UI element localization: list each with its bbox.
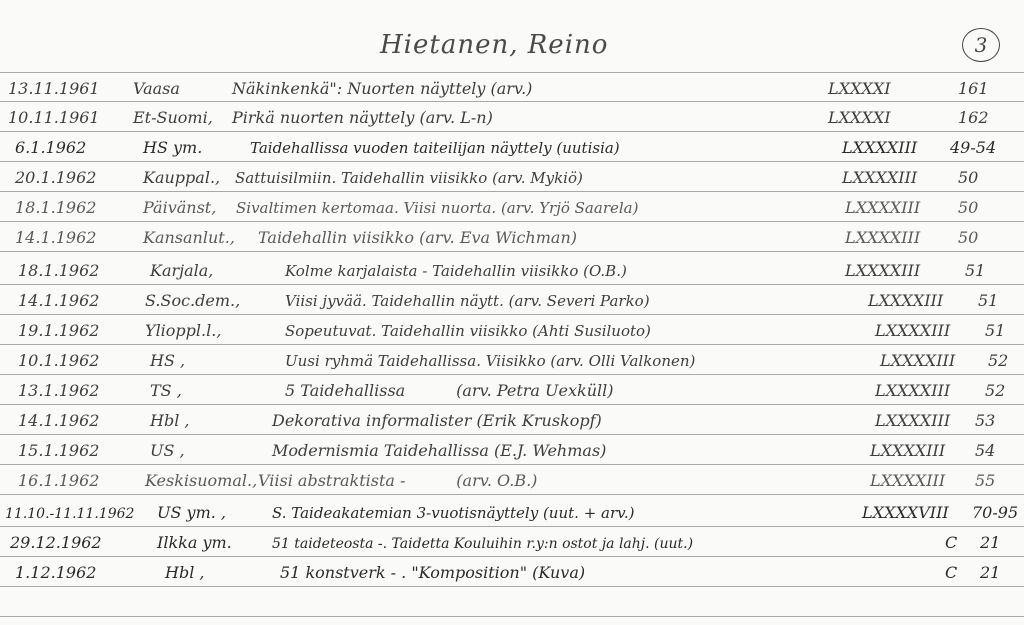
entry-row: 6.1.1962 HS ym. Taidehallissa vuoden tai… — [0, 131, 1024, 161]
entry-description: Sopeutuvat. Taidehallin viisikko (Ahti S… — [285, 322, 651, 340]
entry-date: 14.1.1962 — [18, 411, 99, 430]
entry-date: 18.1.1962 — [15, 198, 96, 217]
entry-volume: LXXXXIII — [870, 471, 945, 490]
entry-source: S.Soc.dem., — [145, 291, 240, 310]
entry-source: US , — [150, 441, 185, 460]
entry-page: 49-54 — [950, 138, 996, 157]
entry-source: HS ym. — [143, 138, 202, 157]
entry-volume: LXXXXIII — [880, 351, 955, 370]
entry-page: 51 — [965, 261, 985, 280]
entry-description: 5 Taidehallissa (arv. Petra Uexküll) — [285, 381, 614, 400]
entry-volume: C — [945, 563, 957, 582]
entry-row: 19.1.1962 Ylioppl.l., Sopeutuvat. Taideh… — [0, 314, 1024, 344]
entry-volume: LXXXXIII — [875, 381, 950, 400]
entry-source: Vaasa — [133, 79, 180, 98]
entry-date: 29.12.1962 — [10, 533, 102, 552]
entry-row: 20.1.1962 Kauppal., Sattuisilmiin. Taide… — [0, 161, 1024, 191]
entry-page: 51 — [978, 291, 998, 310]
entry-date: 15.1.1962 — [18, 441, 99, 460]
entry-page: 54 — [975, 441, 995, 460]
entry-page: 70-95 — [972, 503, 1018, 522]
entry-source: Kauppal., — [143, 168, 220, 187]
entry-row: 13.11.1961 Vaasa Näkinkenkä": Nuorten nä… — [0, 72, 1024, 102]
entry-source: Keskisuomal., — [145, 471, 257, 490]
entry-row: 14.1.1962 S.Soc.dem., Viisi jyvää. Taide… — [0, 284, 1024, 314]
entry-description: Taidehallissa vuoden taiteilijan näyttel… — [250, 139, 620, 157]
entry-description: Taidehallin viisikko (arv. Eva Wichman) — [258, 228, 577, 247]
entry-date: 13.11.1961 — [8, 79, 100, 98]
entry-volume: LXXXXIII — [870, 441, 945, 460]
entry-row: 14.1.1962 Kansanlut., Taidehallin viisik… — [0, 221, 1024, 251]
entry-description: Kolme karjalaista - Taidehallin viisikko… — [285, 262, 627, 280]
entry-date: 16.1.1962 — [18, 471, 99, 490]
entry-page: 52 — [988, 351, 1008, 370]
entry-volume: LXXXXIII — [842, 138, 917, 157]
entry-date: 13.1.1962 — [18, 381, 99, 400]
entry-description: Sattuisilmiin. Taidehallin viisikko (arv… — [235, 169, 583, 187]
entry-description: S. Taideakatemian 3-vuotisnäyttely (uut.… — [272, 504, 634, 522]
entry-description: 51 konstverk - . "Komposition" (Kuva) — [280, 563, 585, 582]
entry-description: Uusi ryhmä Taidehallissa. Viisikko (arv.… — [285, 352, 695, 370]
entry-description: Modernismia Taidehallissa (E.J. Wehmas) — [272, 441, 606, 460]
entry-source: Et-Suomi, — [133, 108, 213, 127]
entry-date: 20.1.1962 — [15, 168, 96, 187]
entry-volume: LXXXXIII — [845, 261, 920, 280]
entry-source: HS , — [150, 351, 185, 370]
entry-source: Ilkka ym. — [157, 533, 232, 552]
entry-source: Kansanlut., — [143, 228, 235, 247]
entry-source: Päivänst, — [143, 198, 216, 217]
entry-row: 16.1.1962 Keskisuomal., Viisi abstraktis… — [0, 464, 1024, 494]
entry-volume: LXXXXIII — [875, 411, 950, 430]
entry-date: 10.11.1961 — [8, 108, 100, 127]
entry-row: 18.1.1962 Päivänst, Sivaltimen kertomaa.… — [0, 191, 1024, 221]
entry-volume: C — [945, 533, 957, 552]
entry-row: 13.1.1962 TS , 5 Taidehallissa (arv. Pet… — [0, 374, 1024, 404]
entry-description: Pirkä nuorten näyttely (arv. L-n) — [232, 108, 493, 127]
entry-date: 19.1.1962 — [18, 321, 99, 340]
entry-date: 11.10.-11.11.1962 — [5, 506, 134, 522]
entry-volume: LXXXXI — [828, 79, 891, 98]
card-title: Hietanen, Reino — [380, 30, 608, 60]
entry-source: Hbl , — [150, 411, 189, 430]
entry-volume: LXXXXIII — [868, 291, 943, 310]
entry-row: 15.1.1962 US , Modernismia Taidehallissa… — [0, 434, 1024, 464]
entry-description: Viisi abstraktista - (arv. O.B.) — [258, 471, 537, 490]
ruled-line — [0, 586, 1024, 587]
entry-source: Hbl , — [165, 563, 204, 582]
entry-page: 52 — [985, 381, 1005, 400]
entry-description: Näkinkenkä": Nuorten näyttely (arv.) — [232, 79, 532, 98]
entry-date: 18.1.1962 — [18, 261, 99, 280]
entry-description: Sivaltimen kertomaa. Viisi nuorta. (arv.… — [236, 199, 638, 217]
entry-source: US ym. , — [157, 503, 226, 522]
entry-volume: LXXXXIII — [845, 198, 920, 217]
entry-page: 50 — [958, 198, 978, 217]
entry-source: Ylioppl.l., — [145, 321, 221, 340]
entry-date: 14.1.1962 — [15, 228, 96, 247]
entry-description: Dekorativa informalister (Erik Kruskopf) — [272, 411, 602, 430]
entry-page: 53 — [975, 411, 995, 430]
entry-page: 50 — [958, 228, 978, 247]
entry-volume: LXXXXIII — [842, 168, 917, 187]
entry-row: 14.1.1962 Hbl , Dekorativa informalister… — [0, 404, 1024, 434]
entry-row: 18.1.1962 Karjala, Kolme karjalaista - T… — [0, 254, 1024, 284]
entry-page: 161 — [958, 79, 989, 98]
entry-volume: LXXXXVIII — [862, 503, 949, 522]
entry-volume: LXXXXIII — [845, 228, 920, 247]
entry-source: Karjala, — [150, 261, 213, 280]
entry-volume: LXXXXI — [828, 108, 891, 127]
entry-page: 162 — [958, 108, 989, 127]
entry-row: 1.12.1962 Hbl , 51 konstverk - . "Kompos… — [0, 556, 1024, 586]
ruled-line — [0, 251, 1024, 252]
entry-page: 55 — [975, 471, 995, 490]
entry-date: 10.1.1962 — [18, 351, 99, 370]
card-number: 3 — [975, 33, 988, 57]
entry-source: TS , — [150, 381, 182, 400]
entry-date: 14.1.1962 — [18, 291, 99, 310]
entry-date: 6.1.1962 — [15, 138, 86, 157]
entry-volume: LXXXXIII — [875, 321, 950, 340]
entry-page: 21 — [980, 563, 1000, 582]
entry-row: 10.1.1962 HS , Uusi ryhmä Taidehallissa.… — [0, 344, 1024, 374]
entry-page: 50 — [958, 168, 978, 187]
ruled-line — [0, 494, 1024, 495]
entry-row: 29.12.1962 Ilkka ym. 51 taideteosta -. T… — [0, 526, 1024, 556]
entry-row: 11.10.-11.11.1962 US ym. , S. Taideakate… — [0, 496, 1024, 526]
entry-date: 1.12.1962 — [15, 563, 96, 582]
entry-page: 51 — [985, 321, 1005, 340]
entry-page: 21 — [980, 533, 1000, 552]
entry-description: Viisi jyvää. Taidehallin näytt. (arv. Se… — [285, 292, 650, 310]
archive-index-card: Hietanen, Reino 3 13.11.1961 Vaasa Näkin… — [0, 0, 1024, 625]
entry-row: 10.11.1961 Et-Suomi, Pirkä nuorten näytt… — [0, 101, 1024, 131]
card-number-circle: 3 — [962, 28, 1000, 62]
entry-description: 51 taideteosta -. Taidetta Kouluihin r.y… — [272, 536, 693, 552]
ruled-line — [0, 616, 1024, 617]
